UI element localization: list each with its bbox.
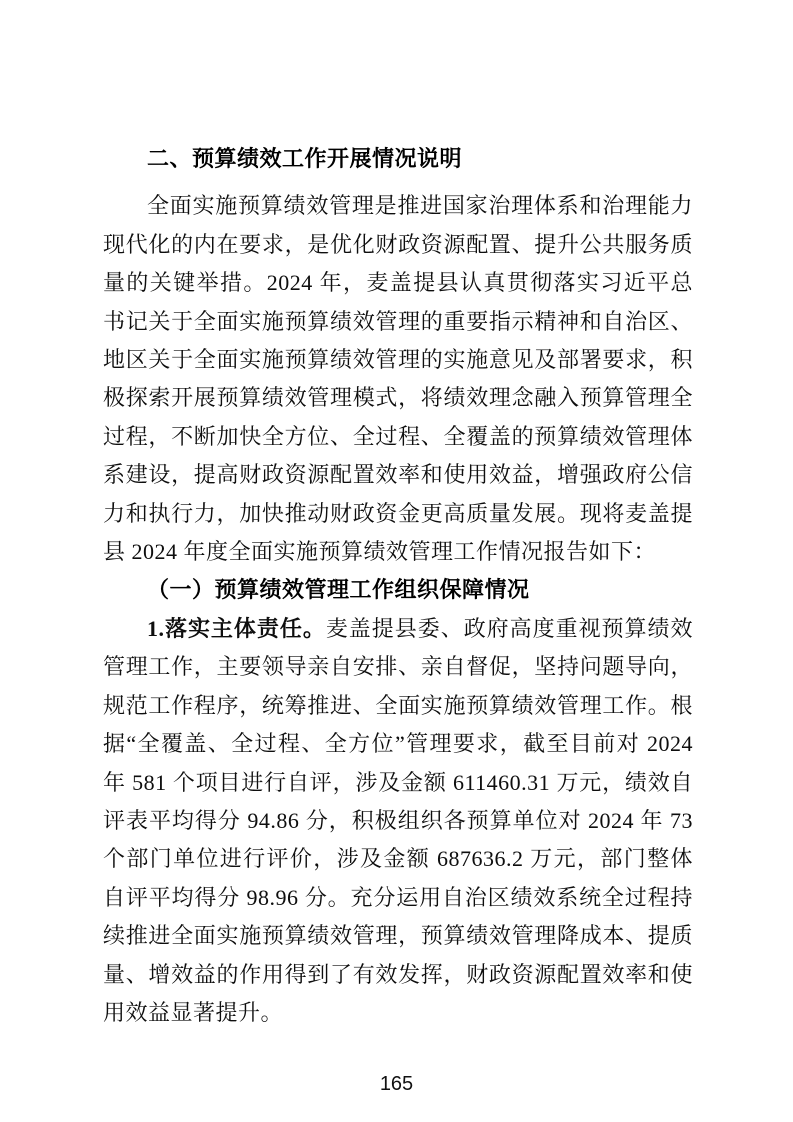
document-body: 二、预算绩效工作开展情况说明 全面实施预算绩效管理是推进国家治理体系和治理能力现… [103,140,693,1032]
section-heading: 二、预算绩效工作开展情况说明 [103,140,693,178]
subsection-heading: （一）预算绩效管理工作组织保障情况 [103,571,693,609]
item-1-paragraph: 1.落实主体责任。麦盖提县委、政府高度重视预算绩效管理工作，主要领导亲自安排、亲… [103,610,693,1032]
intro-paragraph: 全面实施预算绩效管理是推进国家治理体系和治理能力现代化的内在要求，是优化财政资源… [103,187,693,571]
item-1-body: 麦盖提县委、政府高度重视预算绩效管理工作，主要领导亲自安排、亲自督促，坚持问题导… [103,616,693,1025]
item-1-lead: 1.落实主体责任。 [147,616,326,641]
page-number: 165 [0,1073,793,1096]
document-page: 二、预算绩效工作开展情况说明 全面实施预算绩效管理是推进国家治理体系和治理能力现… [0,0,793,1122]
